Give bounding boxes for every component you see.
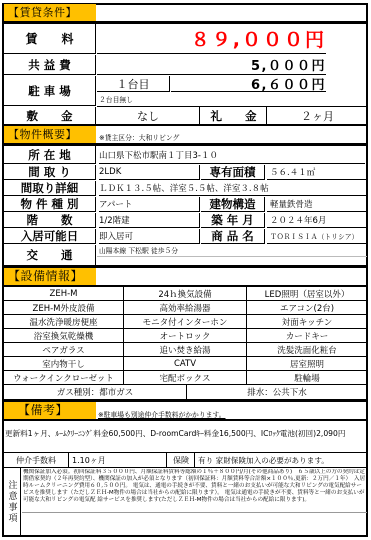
drainage-type: 排水：公共下水 bbox=[187, 385, 367, 399]
divider bbox=[2, 419, 368, 421]
caution-label: 注意事項 bbox=[4, 468, 21, 536]
parking-first-label: １台目 bbox=[97, 76, 170, 92]
address-value: 山口県下松市駅南１丁目3-１０ bbox=[99, 146, 365, 164]
equipment-item: 居室照明 bbox=[247, 357, 367, 371]
insurance-value: 有り 家財保険加入の必要があります。 bbox=[198, 453, 366, 467]
area-value: ５６.４１㎡ bbox=[267, 165, 367, 180]
deposit-value: なし bbox=[97, 107, 200, 124]
transport-label: 交 通 bbox=[4, 245, 96, 265]
equipment-item: カードキー bbox=[247, 329, 367, 343]
equipment-item: 室内物干し bbox=[4, 357, 124, 371]
equipment-item: オートロック bbox=[124, 329, 247, 343]
parking-first-value: 6,６００円 bbox=[171, 76, 326, 92]
equipment-item: エアコン(2台) bbox=[247, 301, 367, 315]
address-label: 所 在 地 bbox=[4, 146, 96, 164]
section-header-property: 【物件概要】 bbox=[4, 126, 96, 143]
common-fee-value: 5,０００円 bbox=[97, 55, 326, 75]
rent-value: ８９,０００円 bbox=[97, 24, 326, 54]
equipment-item: 温水洗浄暖房便座 bbox=[4, 315, 124, 329]
fees-text: 更新料1ヶ月、ﾙｰﾑｸﾘｰﾆﾝｸﾞ料金60,500円、D-roomCardｷｰ料… bbox=[5, 428, 365, 440]
equipment-item: 追い焚き給湯 bbox=[124, 343, 247, 357]
equipment-item: CATV bbox=[124, 357, 247, 371]
divider bbox=[97, 256, 367, 257]
key-money-label: 礼 金 bbox=[201, 107, 267, 124]
layout-value: 2LDK bbox=[99, 165, 200, 180]
divider bbox=[22, 512, 367, 513]
equipment-item: ZEH-M bbox=[4, 287, 124, 301]
caution-text: 機関保証加入必須。初回保証料３５０００円、月額保証料賃料等総額の１％＋８００円/… bbox=[23, 469, 366, 511]
built-label: 築 年 月 bbox=[201, 213, 265, 228]
equipment-grid: ZEH-M 24ｈ換気設備 LED照明（居室以外） ZEH-M外皮設備 高効率給… bbox=[4, 287, 367, 385]
section-header-remarks: 【備考】 bbox=[4, 402, 96, 419]
equipment-item: 駐輪場 bbox=[247, 371, 367, 385]
section-header-equipment: 【設備情報】 bbox=[4, 268, 96, 285]
brokerage-label: 仲介手数料 bbox=[4, 453, 69, 467]
equipment-item: 洗髪洗面化粧台 bbox=[247, 343, 367, 357]
move-in-value: 即入居可 bbox=[99, 229, 200, 244]
equipment-item: 浴室換気乾燥機 bbox=[4, 329, 124, 343]
equipment-item: 宅配ボックス bbox=[124, 371, 247, 385]
move-in-label: 入居可能日 bbox=[4, 229, 96, 244]
equipment-item: 対面キッチン bbox=[247, 315, 367, 329]
structure-value: 軽量鉄骨造 bbox=[267, 197, 367, 212]
area-label: 専有面積 bbox=[201, 165, 265, 180]
divider bbox=[4, 467, 367, 468]
floors-value: 1/2階建 bbox=[99, 213, 200, 228]
layout-label: 間 取 り bbox=[4, 165, 96, 180]
built-value: ２０２４年6月 bbox=[267, 213, 367, 228]
property-type-value: アパート bbox=[99, 197, 200, 212]
layout-detail-label: 間取り詳細 bbox=[4, 181, 96, 196]
gas-type: ガス種別：都市ガス bbox=[4, 385, 187, 399]
landlord-note: ※貸主区分：大和リビング bbox=[99, 133, 299, 143]
rent-label: 賃 料 bbox=[4, 24, 96, 54]
parking-label: 駐 車 場 bbox=[4, 76, 96, 106]
property-type-label: 物 件 種 別 bbox=[4, 197, 96, 212]
common-fee-label: 共 益 費 bbox=[4, 55, 96, 75]
section-header-rental: 【賃貸条件】 bbox=[4, 4, 96, 21]
product-name-value: ＴＯＲＩＳＩＡ（トリシア） bbox=[267, 229, 367, 244]
equipment-item: ペアガラス bbox=[4, 343, 124, 357]
structure-label: 建物構造 bbox=[201, 197, 265, 212]
equipment-item: ウォークインクローゼット bbox=[4, 371, 124, 385]
transport-value: 山陽本線 下松駅 徒歩５分 bbox=[99, 246, 365, 256]
brokerage-value: 1.10ヶ月 bbox=[72, 453, 167, 467]
parking-second-note: ２台目無し bbox=[99, 92, 359, 106]
equipment-item: LED照明（居室以外） bbox=[247, 287, 367, 301]
insurance-label: 保険 bbox=[168, 453, 195, 467]
caution-label-text: 注意事項 bbox=[6, 480, 19, 524]
floors-label: 階 数 bbox=[4, 213, 96, 228]
key-money-value: ２ヶ月 bbox=[268, 107, 367, 124]
layout-detail-value: ＬＤＫ１３.５帖、洋室５.５帖、洋室３.８帖 bbox=[99, 181, 367, 196]
equipment-item: 24ｈ換気設備 bbox=[124, 287, 247, 301]
equipment-item: ZEH-M外皮設備 bbox=[4, 301, 124, 315]
equipment-item: 高効率給湯器 bbox=[124, 301, 247, 315]
product-name-label: 商 品 名 bbox=[201, 229, 265, 244]
deposit-label: 敷 金 bbox=[4, 107, 96, 124]
equipment-item: モニタ付インターホン bbox=[124, 315, 247, 329]
